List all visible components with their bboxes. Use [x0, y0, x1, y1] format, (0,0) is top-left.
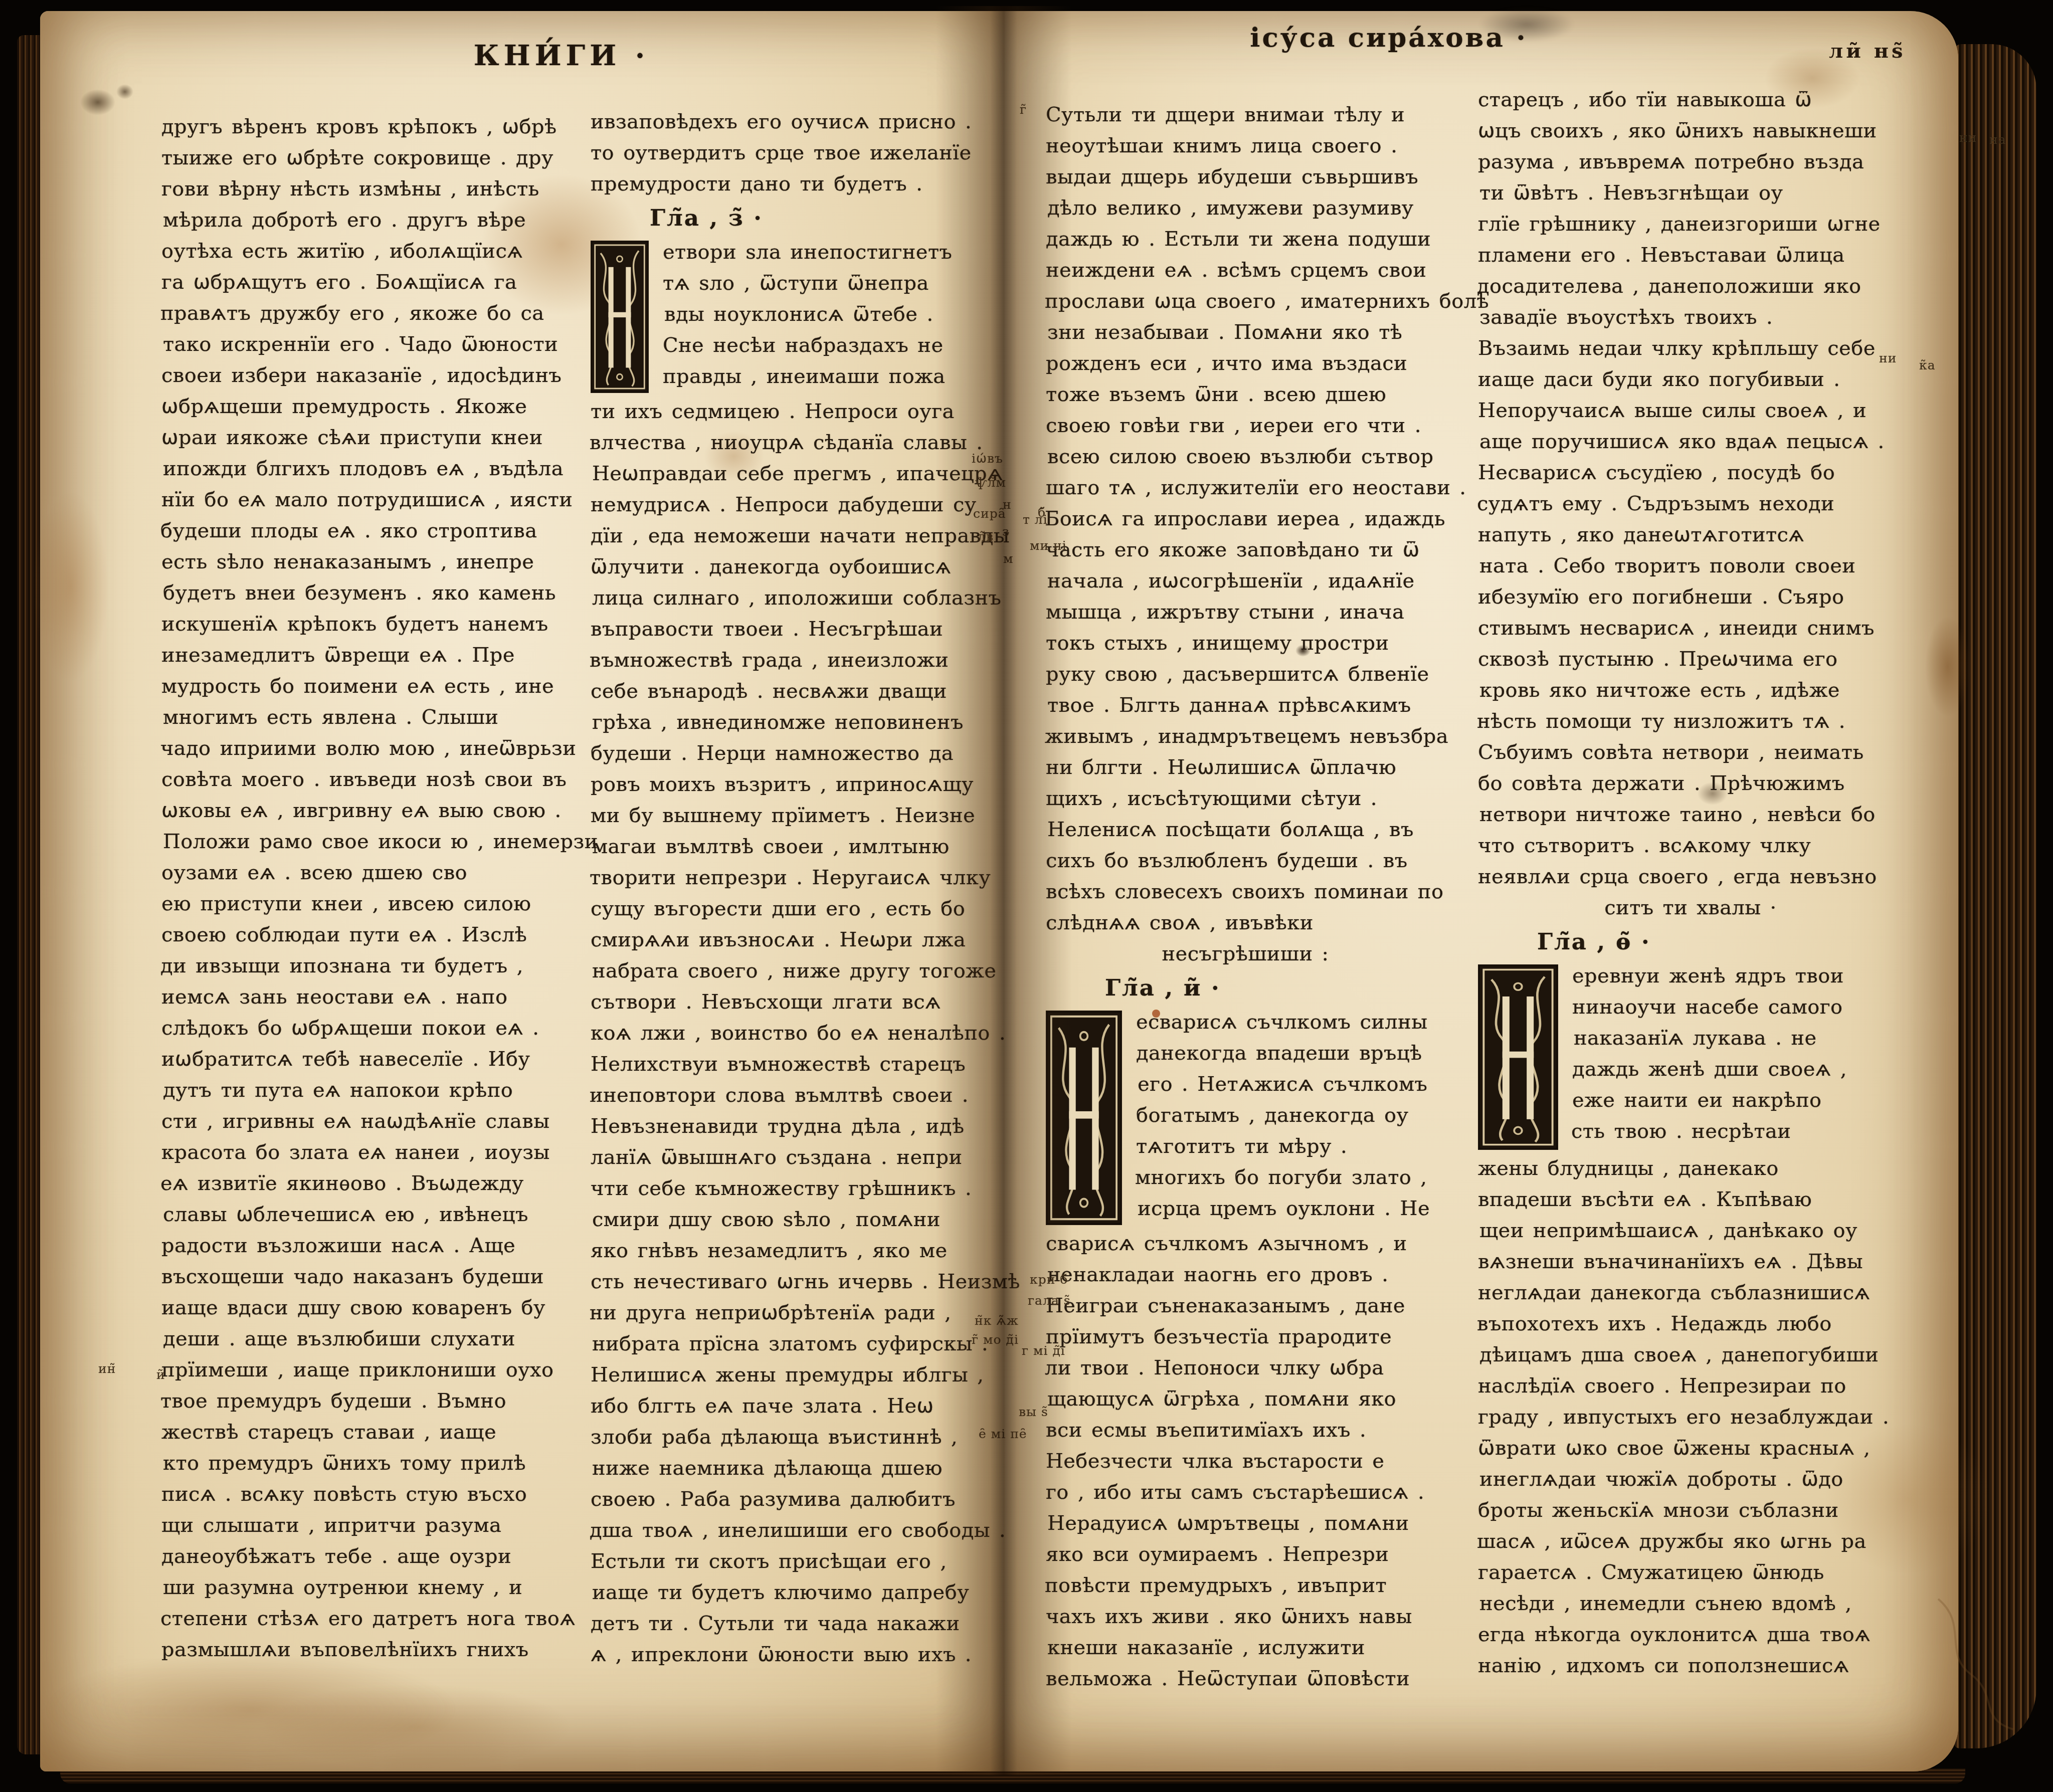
- text-line: сть нечестиваго ѡгнь ичервь . Неизмѣ: [591, 1266, 971, 1297]
- text-line: многимъ есть явлена . Слыши: [163, 702, 574, 733]
- text-line: ни блгти . Неѡлишисѧ ѿплачю: [1046, 752, 1447, 783]
- text-line: смири дшу свою ѕѣло , помѧни: [592, 1204, 972, 1235]
- text-line: дѣицамъ дша своеѧ , данепогубиши: [1479, 1339, 1905, 1370]
- text-line: деши . аще възлюбиши слухати: [163, 1323, 574, 1354]
- text-line: въпохотехъ ихъ . Недаждь любо: [1477, 1308, 1902, 1339]
- text-line: оутѣха есть житїю , иболѧщїисѧ: [161, 236, 573, 267]
- text-line: нанію , идхомъ си поползнешисѧ: [1478, 1650, 1903, 1681]
- marginal-reference: е̑ мі пе̑: [979, 1427, 1027, 1441]
- text-line: глїе грѣшнику , данеизгориши ѡгне: [1478, 209, 1903, 240]
- text-line: Боисѧ га ипрослави иереа , идаждь: [1045, 503, 1446, 534]
- text-line: инезамедлитъ ѿврещи еѧ . Пре: [161, 640, 573, 671]
- text-line: мышца , ижрътву стыни , инача: [1046, 596, 1447, 628]
- text-line: Нелихствуи въмножествѣ старецъ: [591, 1049, 971, 1080]
- text-line: живымъ , инадмрътвецемъ невъзбра: [1045, 721, 1446, 752]
- text-line: рожденъ еси , ичто има въздаси: [1046, 348, 1447, 379]
- text-line: будеши . Нерци намножество да: [591, 738, 971, 769]
- text-line: ши разумна оутренюи кнему , и: [163, 1572, 574, 1603]
- text-line: чадо иприими волю мою , инеѿврьзи: [160, 733, 572, 764]
- marginal-reference: кри б̃: [1030, 1272, 1068, 1287]
- text-line: магаи въмлтвѣ своеи , имлтыню: [592, 831, 972, 862]
- text-line: старецъ , ибо тїи навыкоша ѿ: [1478, 84, 1903, 115]
- initial-section: еревнуи женѣ ядръ твоининаоучи насебе са…: [1478, 960, 1903, 1153]
- text-line: премудрости дано ти будетъ .: [591, 168, 971, 200]
- text-line: Нерадуисѧ ѡмрътвецы , помѧни: [1047, 1508, 1448, 1539]
- text-line: иаще ти будетъ ключимо дапребу: [592, 1577, 972, 1608]
- text-line: сварисѧ съчлкомъ ѧзычномъ , и: [1046, 1228, 1447, 1259]
- page-stack-edge-right: [1954, 44, 2036, 1748]
- marginal-reference: ѱл̃м: [976, 475, 1006, 490]
- text-line: егда нѣкогда оуклонитсѧ дша твоѧ: [1478, 1619, 1903, 1650]
- marginal-reference: т лі: [1023, 512, 1048, 527]
- text-line: неиждени еѧ . всѣмъ срцемъ свои: [1046, 255, 1447, 286]
- text-line: начала , иѡсогрѣшенїи , идаѧнїе: [1047, 565, 1448, 596]
- text-line: ибезумїю его погибнеши . Съяро: [1478, 581, 1903, 613]
- text-line: ипожди блгихъ плодовъ еѧ , въдѣла: [163, 453, 574, 484]
- text-line: граду , ивпустыхъ его незаблуждаи .: [1478, 1402, 1903, 1433]
- text-line: наслѣдїѧ своего . Непрезираи по: [1478, 1370, 1903, 1402]
- marginal-reference: вы ѕ̃: [1019, 1405, 1048, 1419]
- text-line: го , ибо иты самъ състарѣешисѧ .: [1046, 1477, 1447, 1508]
- text-line: правѧтъ дружбу его , якоже бо са: [160, 298, 572, 329]
- text-line-centered: несъгрѣшиши :: [1045, 938, 1446, 969]
- text-line: токъ стыхъ , инищему простри: [1046, 628, 1447, 659]
- text-line: ибо блгть еѧ паче злата . Неѡ: [591, 1390, 971, 1422]
- text-line: зни незабываи . Помѧни яко тѣ: [1047, 317, 1448, 348]
- text-line: сквозѣ пустыню . Преѡчима его: [1478, 644, 1903, 675]
- text-line: неглѧдаи данекогда съблазнишисѧ: [1478, 1277, 1903, 1308]
- running-head-right: ісу́са сира́хова ·: [1223, 22, 1554, 53]
- text-line: ни друга неприѡбрѣтенїѧ ради ,: [590, 1297, 970, 1328]
- text-line: ми бу вышнему прїиметъ . Неизне: [591, 800, 971, 831]
- text-line: злоби раба дѣлающа въистиннѣ ,: [591, 1422, 971, 1453]
- text-line: напуть , яко данеѡтѧготитсѧ: [1478, 519, 1903, 550]
- text-line: тако искреннїи его . Чадо ѿюности: [163, 329, 574, 360]
- running-head-left: КНИ́ГИ ·: [431, 39, 692, 72]
- text-line: щи слышати , ипритчи разума: [161, 1510, 573, 1541]
- text-line: жены блудницы , данекако: [1478, 1153, 1903, 1184]
- text-line: наказанїѧ лукава . не: [1479, 1023, 1905, 1054]
- text-line: впадеши въсѣти еѧ . Къпѣваю: [1478, 1184, 1903, 1215]
- text-line: кровь яко ничтоже есть , идѣже: [1479, 675, 1905, 706]
- marginal-reference: л̃в: [978, 529, 994, 544]
- marginal-letter: м: [1003, 551, 1013, 566]
- text-line: ѿврати ѡко свое ѿжены красныѧ ,: [1478, 1433, 1903, 1464]
- text-line: чахъ ихъ живи . яко ѿнихъ навы: [1046, 1601, 1447, 1632]
- text-line: ти ѿвѣтъ . Невъзгнѣщаи оу: [1479, 177, 1905, 209]
- text-line: досадителева , данеположиши яко: [1477, 271, 1902, 302]
- text-line: ѡраи иякоже сѣѧи приступи кнеи: [161, 422, 573, 453]
- text-line: Неѡправдаи себе прегмъ , ипачецрѧ: [592, 458, 972, 489]
- text-line: га ѡбрѧщутъ его . Боѧщїисѧ га: [161, 267, 573, 298]
- text-line: прїимеши , иаще приклониши оухо: [161, 1354, 573, 1385]
- text-line: вси есмы въепитимїахъ ихъ .: [1046, 1415, 1447, 1446]
- text-line: своеи избери наказанїе , идосѣдинъ: [161, 360, 573, 391]
- text-line: ѡбрѧщеши премудрость . Якоже: [161, 391, 573, 422]
- text-line: твое . Блгть даннаѧ прѣвсѧкимъ: [1047, 690, 1448, 721]
- text-line: повѣсти премудрыхъ , ивъприт: [1045, 1570, 1446, 1601]
- right-page-column-1: Сутьли ти дщери внимаи тѣлу инеоутѣшаи к…: [1046, 99, 1447, 1694]
- text-line: Събуимъ совѣта нетвори , неимать: [1478, 737, 1903, 768]
- text-line-centered: ситъ ти хвалы ·: [1478, 892, 1903, 923]
- text-line: дутъ ти пута еѧ напокои крѣпо: [163, 1075, 574, 1106]
- left-page-column-2: ивзаповѣдехъ его оучисѧ присно .то оутве…: [591, 106, 971, 1670]
- chapter-heading: Гл̃а , з̃ ·: [650, 200, 971, 237]
- text-line: ната . Себо творитъ поволи своеи: [1479, 550, 1905, 581]
- text-line: славы ѡблечешисѧ ею , ивѣнецъ: [163, 1199, 574, 1230]
- chapter-heading: Гл̃а , и̃ ·: [1105, 969, 1447, 1007]
- text-line: своею говѣи гви , иереи его чти .: [1046, 410, 1447, 441]
- text-line: шаго тѧ , ислужителїи его неостави .: [1046, 472, 1447, 503]
- text-line: ли твои . Непоноси члку ѡбра: [1045, 1352, 1446, 1383]
- marginal-reference: ин̃: [98, 1361, 116, 1376]
- text-line: Положи рамо свое икоси ю , инемерзи: [163, 826, 574, 857]
- text-line: въправости твоеи . Несъгрѣшаи: [591, 614, 971, 645]
- marginal-reference: г мі д̃і: [1022, 1343, 1065, 1358]
- text-line: писѧ . всѧку повѣсть стую въсхо: [161, 1479, 573, 1510]
- pen-scribble: [1923, 1594, 2028, 1734]
- text-line: дша твоѧ , инелишиши его свободы .: [590, 1515, 970, 1546]
- marginal-reference: к̃а: [1919, 358, 1936, 372]
- text-line: немудрисѧ . Непроси дабудеши су: [591, 489, 971, 520]
- text-line: есть ѕѣло ненаказанымъ , инепре: [161, 546, 573, 577]
- text-line: многихъ бо погуби злато ,: [1045, 1162, 1446, 1193]
- text-line: ровъ моихъ възритъ , иприносѧщу: [591, 769, 971, 800]
- text-line: Невъзненавиди трудна дѣла , идѣ: [591, 1111, 971, 1142]
- text-line: нѣсть помощи ту низложитъ тѧ .: [1477, 706, 1902, 737]
- text-line: судѧтъ ему . Съдръзымъ неходи: [1477, 488, 1902, 519]
- text-line: завадїе въоустѣхъ твоихъ .: [1479, 302, 1905, 333]
- text-line: иаще даси буди яко погубивыи .: [1478, 364, 1903, 395]
- text-line: твое премудръ будеши . Въмно: [160, 1385, 572, 1417]
- text-line: вды ноуклонисѧ ѿтебе .: [592, 299, 972, 330]
- text-line: Небезчести члка въстарости е: [1046, 1446, 1447, 1477]
- text-line: въмножествѣ града , инеизложи: [590, 645, 970, 676]
- text-line: сихъ бо възлюбленъ будеши . въ: [1046, 845, 1447, 876]
- text-line: мѣрила добротѣ его . другъ вѣре: [163, 205, 574, 236]
- text-line: тыиже его ѡбрѣте сокровище . дру: [161, 142, 573, 173]
- text-line: гараетсѧ . Смужатицею ѿнюдь: [1478, 1557, 1903, 1588]
- text-line: ди ивзыщи ипознана ти будетъ ,: [160, 950, 572, 981]
- text-line: жествѣ старецъ ставаи , иаще: [161, 1417, 573, 1448]
- text-line: искушенїѧ крѣпокъ будетъ нанемъ: [161, 609, 573, 640]
- text-line: грѣха , ивнединомже неповиненъ: [592, 707, 972, 738]
- text-line: дѣло велико , имужеви разумиву: [1047, 192, 1448, 224]
- marginal-reference: на: [1989, 132, 2006, 147]
- text-line: слѣднѧѧ своѧ , ивъвѣки: [1046, 907, 1447, 938]
- text-line: сътвори . Невъсхощи лгати всѧ: [591, 986, 971, 1018]
- text-line: сущу въгорести дши его , есть бо: [591, 893, 971, 924]
- text-line: ѡковы еѧ , ивгривну еѧ выю свою .: [161, 795, 573, 826]
- text-line: иаще вдаси дшу свою коваренъ бу: [161, 1292, 573, 1323]
- marginal-reference: и̃: [156, 1367, 165, 1382]
- text-line: несѣди , инемедли сънею вдомѣ ,: [1479, 1588, 1905, 1619]
- text-line: нетвори ничтоже таино , невѣси бо: [1479, 799, 1905, 830]
- text-line: кнеши наказанїе , ислужити: [1047, 1632, 1448, 1663]
- text-line: руку свою , дасъвершитсѧ блвенїе: [1046, 659, 1447, 690]
- marginal-letter: з: [1002, 524, 1010, 539]
- text-line: своею соблюдаи пути еѧ . Изслѣ: [161, 919, 573, 950]
- text-line: себе вънародѣ . несвѧжи дващи: [591, 676, 971, 707]
- marginal-reference: гала ѕ̃: [1028, 1293, 1071, 1308]
- text-line: яко гнѣвъ незамедлитъ , яко ме: [591, 1235, 971, 1266]
- text-line: мудрость бо поимени еѧ есть , ине: [161, 671, 573, 702]
- text-line: Неленисѧ посѣщати болѧща , въ: [1047, 814, 1448, 845]
- text-line: творити непрезри . Неругаисѧ члку: [590, 862, 970, 893]
- chapter-heading: Гл̃а , ѳ̃ ·: [1537, 923, 1903, 960]
- text-line: чти себе къмножеству грѣшникъ .: [591, 1173, 971, 1204]
- text-line: иемсѧ зань неостави еѧ . напо: [161, 981, 573, 1013]
- text-line: даждь ю . Естьли ти жена подуши: [1046, 224, 1447, 255]
- text-line: красота бо злата еѧ нанеи , иоузы: [161, 1137, 573, 1168]
- text-line: сти , игривны еѧ наѡдѣѧнїе славы: [161, 1106, 573, 1137]
- text-line: набрата своего , ниже другу тогоже: [592, 955, 972, 986]
- text-line: смирѧѧи ивъзносѧи . Неѡри лжа: [591, 924, 971, 955]
- text-line: влчества , ниоуцрѧ сѣданїа славы .: [590, 427, 970, 458]
- text-line: прослави ѡца своего , иматернихъ болѣ: [1045, 286, 1446, 317]
- right-page-column-2: старецъ , ибо тїи навыкоша ѿѡцъ своихъ ,…: [1478, 84, 1903, 1681]
- text-line: совѣта моего . ивъведи нозѣ свои въ: [161, 764, 573, 795]
- text-line: иѡбратитсѧ тебѣ навеселїе . Ибу: [161, 1044, 573, 1075]
- marginal-reference: сира̑: [973, 506, 1006, 521]
- text-line: еѧ извитїе якинѳово . Въѡдежду: [160, 1168, 572, 1199]
- text-line: неоутѣшаи книмъ лица своего .: [1046, 130, 1447, 161]
- page-stack-edge-left: [17, 35, 41, 1754]
- text-line: степени стѣзѧ его датретъ нога твоѧ: [160, 1603, 572, 1634]
- text-line: нїи бо еѧ мало потрудишисѧ , иясти: [161, 484, 573, 515]
- marginal-reference: ни: [1959, 130, 1977, 145]
- text-line: кто премудръ ѿнихъ тому прилѣ: [163, 1448, 574, 1479]
- text-line: размышлѧи въповелѣнїихъ гнихъ: [161, 1634, 573, 1665]
- text-line: Нелишисѧ жены премудры иблгы ,: [591, 1359, 971, 1390]
- text-line: ѿлучити . данекогда оубоишисѧ: [591, 551, 971, 582]
- text-line: Възаимь недаи члку крѣпльшу себе: [1478, 333, 1903, 364]
- marginal-letter: н: [1003, 497, 1012, 512]
- text-line: шасѧ , иѿсеѧ дружбы яко ѡгнь ра: [1477, 1526, 1902, 1557]
- text-line: коѧ лжи , воинство бо еѧ неналѣпо .: [591, 1018, 971, 1049]
- text-line: инеглѧдаи чюжїѧ доброты . ѿдо: [1479, 1464, 1905, 1495]
- text-line: слѣдокъ бо ѡбрѧщеши покои еѧ .: [161, 1013, 573, 1044]
- text-line: вѧзнеши въначинанїихъ еѧ . Дѣвы: [1478, 1246, 1903, 1277]
- text-line: Неиграи съненаказанымъ , дане: [1046, 1290, 1447, 1321]
- text-line: тоже въземъ ѿни . всею дшею: [1046, 379, 1447, 410]
- text-line: всею силою своею възлюби сътвор: [1047, 441, 1448, 472]
- text-line: Непоручаисѧ выше силы своеѧ , и: [1478, 395, 1903, 426]
- text-line: всѣхъ словесехъ своихъ поминаи по: [1046, 876, 1447, 907]
- text-line: бо совѣта держати . Прѣчюжимъ: [1478, 768, 1903, 799]
- text-line: стивымъ несварисѧ , инеиди снимъ: [1478, 613, 1903, 644]
- text-line: часть его якоже заповѣдано ти ѿ: [1046, 534, 1447, 565]
- marginal-reference: г̃ мо д̃і: [972, 1332, 1019, 1347]
- text-line: детъ ти . Сутьли ти чада накажи: [591, 1608, 971, 1639]
- text-line: сть твою . несрѣтаи: [1477, 1116, 1902, 1147]
- text-line: яко вси оумираемъ . Непрезри: [1046, 1539, 1447, 1570]
- text-line: ти ихъ седмицею . Непроси оуга: [591, 396, 971, 427]
- text-line: ею приступи кнеи , ивсею силою: [161, 888, 573, 919]
- marginal-letter: г̃: [1020, 102, 1027, 117]
- text-line: щеи непримѣшаисѧ , данѣкако оу: [1479, 1215, 1905, 1246]
- initial-section: етвори ѕла инепостигнетътѧ ѕло , ѿступи …: [591, 237, 971, 396]
- text-line: щихъ , исъсѣтующими сѣтуи .: [1046, 783, 1447, 814]
- text-line: аще поручишисѧ яко вдаѧ пецысѧ .: [1479, 426, 1905, 457]
- text-line: будеши плоды еѧ . яко строптива: [160, 515, 572, 546]
- text-line: ненакладаи наогнь его дровъ .: [1047, 1259, 1448, 1290]
- marginal-reference: н̃к ѧ̃ж: [975, 1313, 1019, 1328]
- text-line: лица силнаго , иположиши соблазнъ: [592, 582, 972, 614]
- text-line: другъ вѣренъ кровъ крѣпокъ , ѡбрѣ: [161, 111, 573, 142]
- text-line: ланїѧ ѿвышнѧго създана . непри: [591, 1142, 971, 1173]
- text-line: радости възложиши насѧ . Аще: [161, 1230, 573, 1261]
- text-line: разума , ивъвремѧ потребно възда: [1478, 146, 1903, 177]
- text-line: что сътворитъ . всѧкому члку: [1478, 830, 1903, 861]
- text-line: своею . Раба разумива далюбитъ: [591, 1484, 971, 1515]
- text-line: ниже наемника дѣлающа дшею: [592, 1453, 972, 1484]
- initial-section: есварисѧ съчлкомъ силныданекогда впадеши…: [1046, 1007, 1447, 1228]
- folio-number: ли̃ нѕ̃: [1829, 39, 1906, 63]
- text-line: инеповтори слова въмлтвѣ своеи .: [590, 1080, 970, 1111]
- text-line: будетъ внеи безуменъ . яко камень: [163, 577, 574, 609]
- marginal-reference: ми ні: [1030, 538, 1067, 553]
- text-line: исрца цремъ оуклони . Не: [1047, 1193, 1448, 1224]
- text-line: то оутвердитъ срце твое ижеланїе: [591, 137, 971, 168]
- text-line: оузами еѧ . всею дшею сво: [161, 857, 573, 888]
- text-line: Естьли ти скотъ присѣщаи его ,: [591, 1546, 971, 1577]
- text-line: ѡцъ своихъ , яко ѿнихъ навыкнеши: [1478, 115, 1903, 146]
- left-page-column-1: другъ вѣренъ кровъ крѣпокъ , ѡбрѣтыиже е…: [161, 111, 573, 1665]
- text-line: его . Нетѧжисѧ съчлкомъ: [1047, 1069, 1448, 1100]
- text-line: вельможа . Неѿступаи ѿповѣсти: [1046, 1663, 1447, 1694]
- text-line: гови вѣрну нѣсть измѣны , инѣсть: [161, 173, 573, 205]
- text-line: щающусѧ ѿгрѣха , помѧни яко: [1047, 1383, 1448, 1415]
- marginal-reference: ни: [1879, 351, 1897, 365]
- text-line: неявлѧи срца своего , егда невъзно: [1478, 861, 1903, 892]
- text-line: Сутьли ти дщери внимаи тѣлу и: [1046, 99, 1447, 130]
- text-line: дїи , еда неможеши начати неправды: [591, 520, 971, 551]
- text-line: ивзаповѣдехъ его оучисѧ присно .: [591, 106, 971, 137]
- text-line: прїимутъ безъчестїа прародите: [1046, 1321, 1447, 1352]
- text-line: Несварисѧ съсудїею , посудѣ бо: [1478, 457, 1903, 488]
- marginal-reference: іѡ́въ: [972, 451, 1003, 466]
- text-line: нибрата прїсна златомъ суфирскы .: [592, 1328, 972, 1359]
- text-line: выдаи дщерь ибудеши съвьршивъ: [1046, 161, 1447, 192]
- text-line: пламени его . Невъставаи ѿлица: [1478, 240, 1903, 271]
- text-line: броты женьскїѧ мнози съблазни: [1478, 1495, 1903, 1526]
- text-line: въсхощеши чадо наказанъ будеши: [161, 1261, 573, 1292]
- text-line: данеоубѣжатъ тебе . аще оузри: [161, 1541, 573, 1572]
- text-line: ѧ , ипреклони ѿюности выю ихъ .: [591, 1639, 971, 1670]
- book-photograph: КНИ́ГИ · ісу́са сира́хова · ли̃ нѕ̃ друг…: [0, 0, 2053, 1792]
